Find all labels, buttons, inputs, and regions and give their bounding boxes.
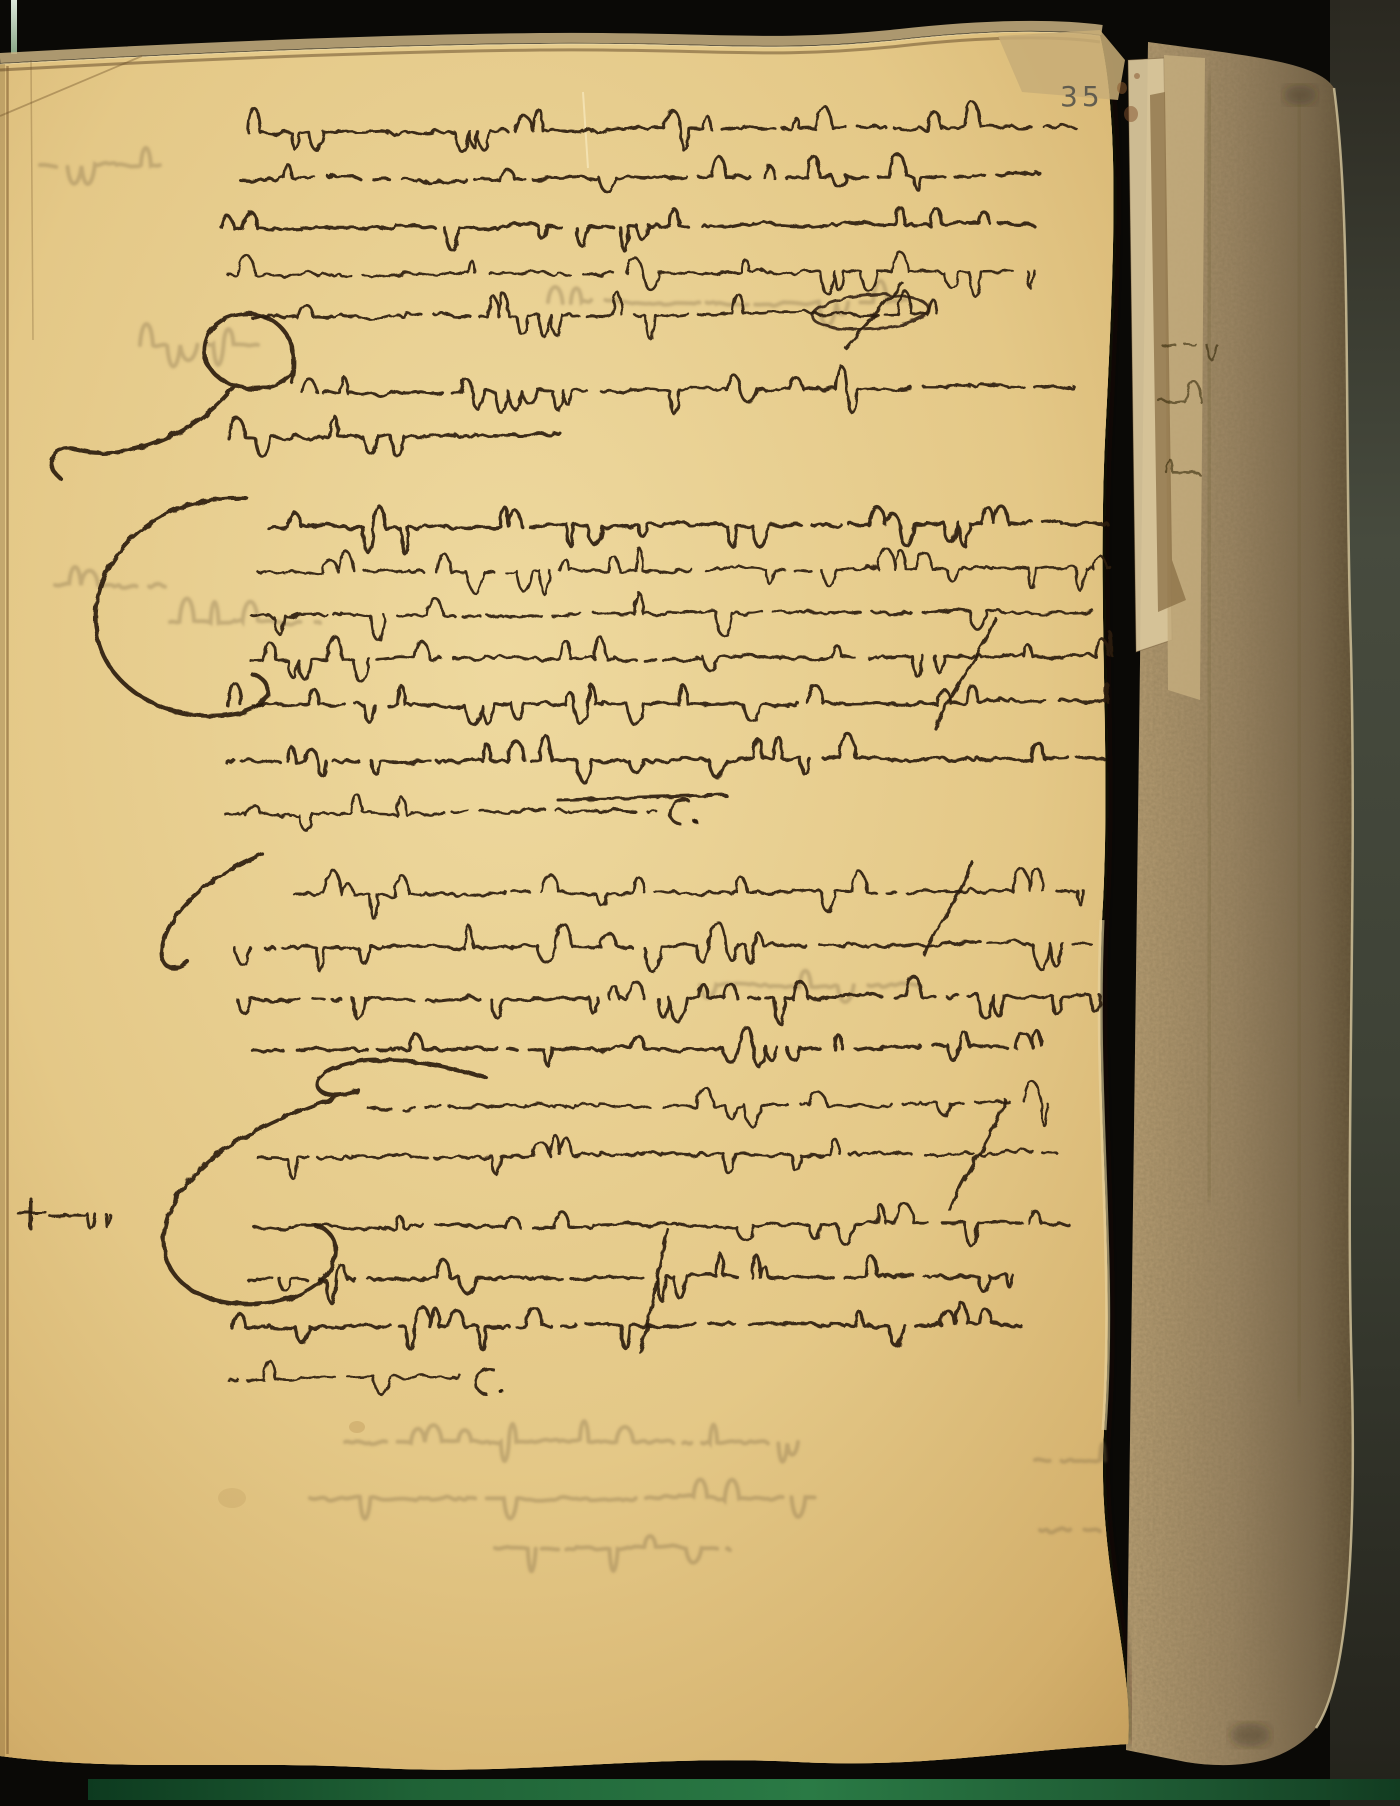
stain-spot (1117, 82, 1127, 94)
foxing-blotch (349, 1421, 365, 1433)
page-number: 35 (1060, 80, 1104, 113)
fore-edge-shade (1284, 85, 1316, 105)
terminator-dot (500, 1390, 505, 1395)
paper-corner-shade (0, 32, 1129, 1770)
terminator-dot (694, 820, 699, 825)
fore-edge-streak (1298, 100, 1301, 1400)
fore-edge-shade (1230, 1723, 1270, 1747)
stain-spot (1124, 106, 1138, 122)
left-edge-shade (0, 64, 5, 1756)
stain-spot (1134, 73, 1140, 79)
manuscript-photo: 35 (0, 0, 1400, 1806)
fore-edge-streak (1208, 80, 1211, 1200)
bottom-green-strip (88, 1779, 1400, 1800)
top-left-page-sliver (11, 0, 17, 54)
archive-photo-stage: 35 (0, 0, 1400, 1806)
foxing-blotch (218, 1488, 246, 1508)
